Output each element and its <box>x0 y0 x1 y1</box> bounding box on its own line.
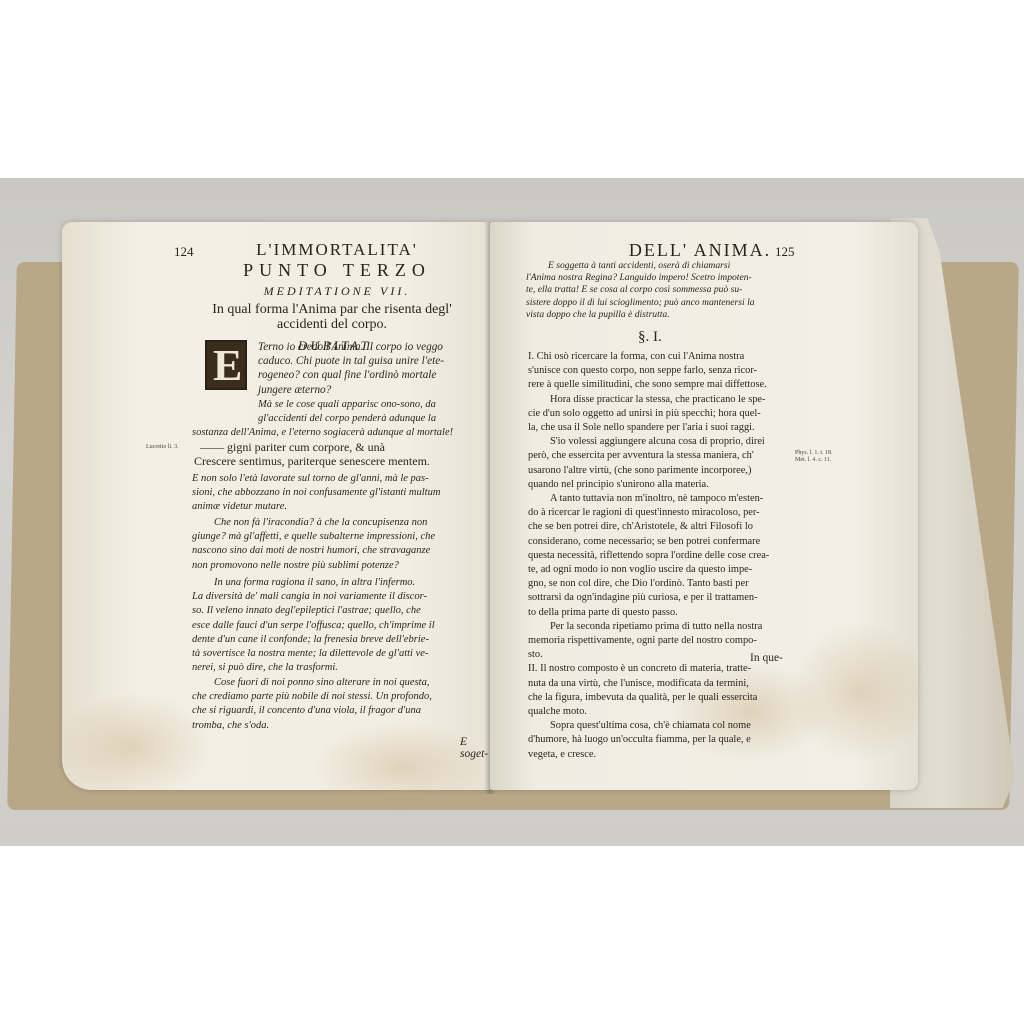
decorated-initial: E <box>205 340 247 390</box>
meditation-heading: MEDITATIONE VII. <box>212 284 462 299</box>
water-stain <box>52 692 212 802</box>
catchword: In que- <box>750 652 783 664</box>
paragraph: Mà se le cose quali apparisc ono-sono, d… <box>192 398 498 441</box>
part-heading: PUNTO TERZO <box>212 260 462 281</box>
right-page: DELL' ANIMA. 125 E soggetta à tanti acci… <box>490 222 918 790</box>
paragraph: Che non fà l'iracondia? à che la concupi… <box>192 516 502 573</box>
intro-paragraph: E soggetta à tanti accidenti, oserà di c… <box>526 260 806 321</box>
paragraph: I. Chi osò ricercare la forma, con cui l… <box>528 350 820 762</box>
page-number: 125 <box>775 244 795 260</box>
section-mark: §. I. <box>638 329 662 346</box>
paragraph: In una forma ragiona il sano, in altra l… <box>192 576 502 675</box>
left-page: 124 L'IMMORTALITA' PUNTO TERZO MEDITATIO… <box>62 222 490 790</box>
paragraph: Cose fuori di noi ponno sino alterare in… <box>192 676 502 733</box>
margin-note: Phys. l. 1. t. 18. Met. l. 4. c. 11. <box>795 450 833 464</box>
page-number: 124 <box>174 244 194 260</box>
paragraph: Terno io credo l'Anima. Il corpo io vegg… <box>258 340 496 397</box>
paragraph: E non solo l'età lavorate sul torno de g… <box>192 472 502 515</box>
margin-note: Lucretio li. 3. <box>146 444 179 451</box>
latin-verse: —— gigni pariter cum corpore, & unà Cres… <box>200 440 500 468</box>
chapter-title: In qual forma l'Anima par che risenta de… <box>172 302 492 332</box>
running-head: L'IMMORTALITA' <box>212 240 462 260</box>
